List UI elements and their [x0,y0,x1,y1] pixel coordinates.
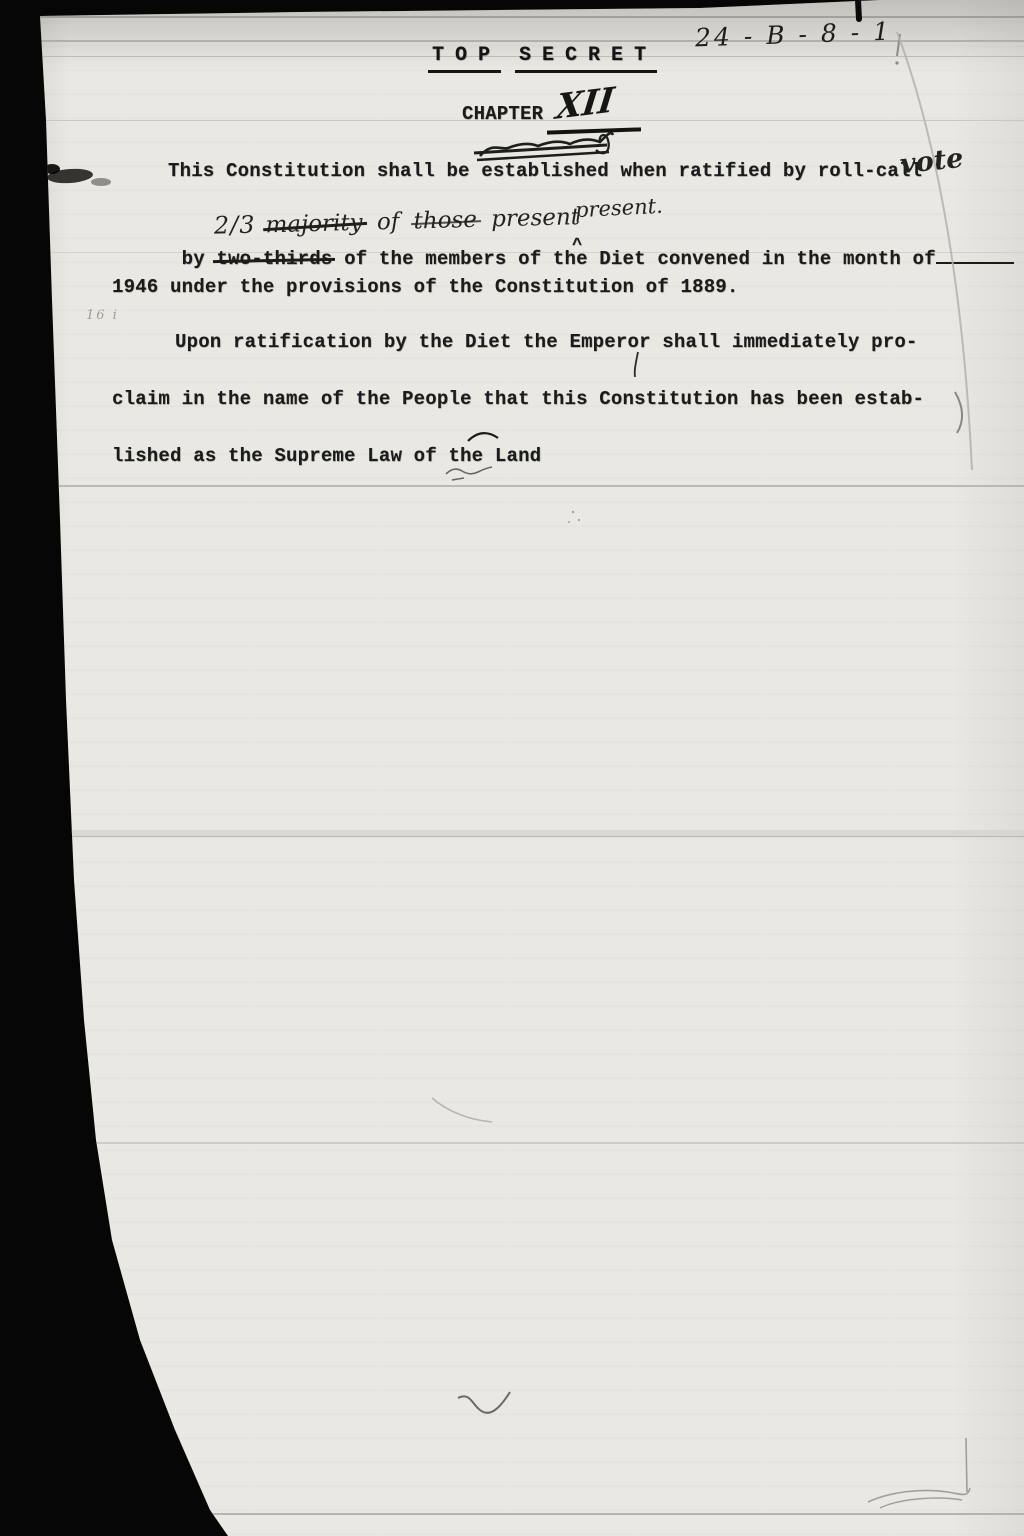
chapter-underline [547,127,641,134]
tilde-mark [468,433,498,441]
edge-crease-band [76,1246,174,1536]
handwritten-present: present. [574,194,663,223]
struck-two-thirds: two-thirds [216,248,332,270]
top-pen-stroke [858,0,859,19]
doc-reference-number: 24 - B - 8 - 1 [695,17,893,53]
insertion-caret: ^ [572,236,582,255]
ink-smudge [47,167,94,184]
faint-tick-dot [895,61,898,64]
line2-pre: by [182,248,217,270]
chapter-label: CHAPTER [462,103,543,125]
ink-smudge [44,164,60,174]
crease-hook-mark [955,392,962,433]
classification-word-secret: SECRET [515,44,657,73]
scan-streak [0,1513,1024,1515]
blank-underline [936,243,1014,264]
scan-streak [0,836,1024,837]
faint-tick-mark [897,34,900,56]
scratched-out-word [474,133,613,160]
chapter-number-handwritten: XII [554,80,617,128]
stray-pen-mark [635,352,638,377]
scan-streak [0,485,1024,487]
under-scribble [446,467,492,480]
bottom-right-scribble [868,1438,970,1508]
pencil-squiggle [458,1392,510,1413]
document-page: TOPSECRET 24 - B - 8 - 1 CHAPTER XII Thi… [0,0,1024,1536]
scan-streak [0,830,1024,837]
faint-dot-cluster [568,511,580,523]
scan-background: TOPSECRET 24 - B - 8 - 1 CHAPTER XII Thi… [0,0,1024,1536]
classification-word-top: TOP [428,44,501,73]
margin-pencil-note: 16 i [86,308,119,323]
handwritten-vote: vote [899,143,965,180]
paragraph1-line3: 1946 under the provisions of the Constit… [112,276,739,298]
ink-smudge [91,178,111,186]
paragraph2-line1: Upon ratification by the Diet the Empero… [175,331,918,353]
classification-header: TOPSECRET [428,44,657,73]
paragraph2-line3: lished as the Supreme Law of the Land [112,445,541,467]
line2-post: of the members of the Diet convened in t… [332,248,935,270]
pencil-arc [432,1098,492,1122]
paragraph2-line2: claim in the name of the People that thi… [112,388,924,410]
scan-streak [0,1142,1024,1144]
